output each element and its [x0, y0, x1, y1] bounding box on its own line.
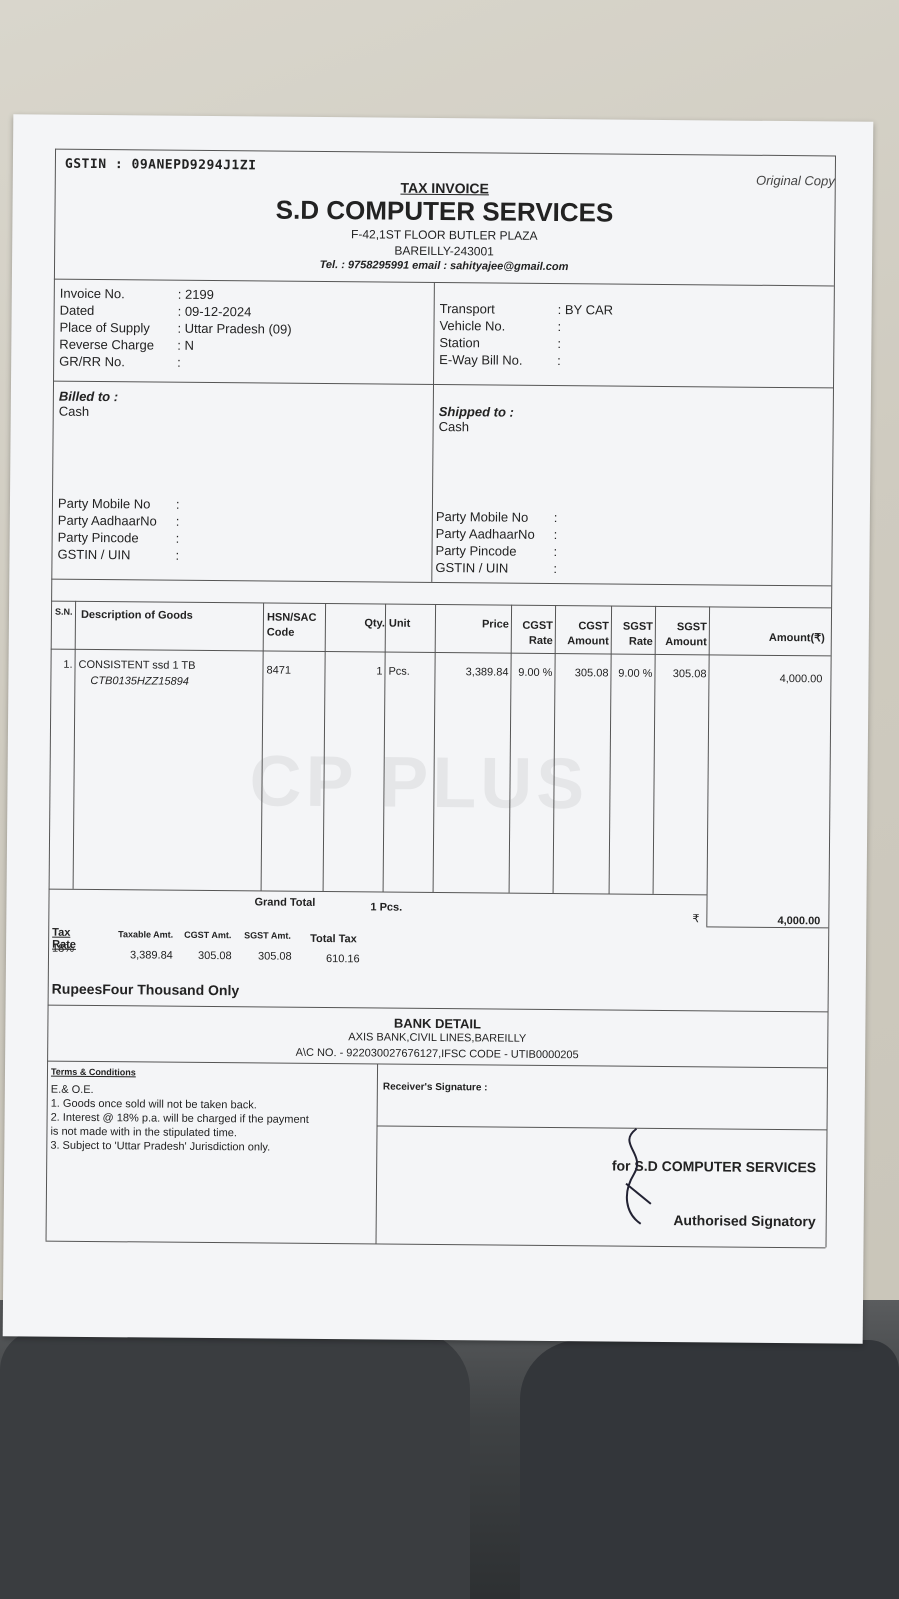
info-label: Invoice No. — [60, 285, 178, 303]
party-field-value: : — [554, 509, 558, 526]
party-field: Party Pincode: — [435, 542, 557, 560]
party-field: Party Pincode: — [58, 529, 180, 547]
grand-total-label: Grand Total — [254, 896, 315, 909]
background-leg-left — [0, 1330, 470, 1599]
info-value: : Uttar Pradesh (09) — [177, 320, 291, 338]
shipped-to-fields: Party Mobile No: Party AadhaarNo: Party … — [435, 508, 557, 577]
tax-value-sgst: 305.08 — [258, 950, 292, 962]
party-field-label: Party AadhaarNo — [436, 525, 554, 543]
billed-to: Billed to : Cash — [59, 389, 118, 420]
cell-unit: Pcs. — [388, 666, 410, 678]
invoice: GSTIN : 09ANEPD9294J1ZI Original Copy TA… — [46, 149, 835, 1248]
tax-header-total: Total Tax — [310, 933, 370, 946]
info-label: Vehicle No. — [439, 317, 557, 335]
billed-to-heading: Billed to : — [59, 389, 118, 405]
info-label: Transport — [440, 300, 558, 318]
party-field: Party AadhaarNo: — [436, 525, 558, 543]
info-row: Invoice No.: 2199 — [60, 285, 292, 304]
signature-scribble — [606, 1123, 667, 1234]
terms: Terms & Conditions E.& O.E. 1. Goods onc… — [50, 1067, 309, 1155]
gstin-label: GSTIN : — [65, 157, 123, 173]
tax-value-total: 610.16 — [326, 953, 360, 965]
cell-cgst-amount: 305.08 — [556, 667, 608, 679]
rupee-icon: ₹ — [692, 912, 699, 925]
party-field-label: GSTIN / UIN — [57, 546, 175, 564]
cell-qty: 1 — [350, 665, 382, 677]
tax-header-taxable: Taxable Amt. — [118, 929, 188, 940]
party-field-value: : — [175, 547, 179, 564]
info-row: Transport: BY CAR — [440, 300, 614, 319]
info-row: Station: — [439, 334, 613, 353]
col-header-cgst-amount: CGST Amount — [557, 619, 609, 649]
party-field-label: Party Mobile No — [436, 508, 554, 526]
info-value: : N — [177, 337, 194, 354]
info-value: : — [557, 318, 561, 335]
tax-value-rate: 18% — [52, 943, 74, 955]
info-label: GR/RR No. — [59, 353, 177, 371]
bank-account: A\C NO. - 922030027676127,IFSC CODE - UT… — [47, 1045, 827, 1064]
party-field-value: : — [176, 513, 180, 530]
col-header-cgst-rate: CGST Rate — [513, 619, 553, 649]
cell-description: CONSISTENT ssd 1 TB — [78, 659, 195, 672]
cell-sgst-rate: 9.00 % — [612, 668, 652, 680]
invoice-paper: GSTIN : 09ANEPD9294J1ZI Original Copy TA… — [3, 114, 874, 1343]
info-value: : 2199 — [178, 286, 214, 303]
col-header-hsn: HSN/SAC Code — [267, 611, 325, 642]
shipped-to: Shipped to : Cash — [439, 404, 514, 435]
invoice-info-right: Transport: BY CAR Vehicle No.: Station: … — [439, 300, 613, 370]
gstin-value: 09ANEPD9294J1ZI — [131, 157, 256, 173]
tax-header-cgst: CGST Amt. — [184, 930, 250, 941]
col-header-sgst-amount: SGST Amount — [657, 620, 707, 650]
tax-value-taxable: 3,389.84 — [130, 949, 173, 961]
background-leg-right — [520, 1340, 899, 1599]
tax-header-sgst: SGST Amt. — [244, 930, 304, 941]
info-value: : — [557, 352, 561, 369]
col-header-sn: S.N. — [55, 607, 73, 617]
shipped-to-name: Cash — [439, 419, 514, 435]
tax-value-cgst: 305.08 — [198, 950, 232, 962]
col-header-price: Price — [471, 618, 509, 630]
party-field-label: Party Mobile No — [58, 495, 176, 513]
grand-total-qty: 1 Pcs. — [370, 901, 402, 913]
receiver-signature-label: Receiver's Signature : — [383, 1082, 488, 1094]
cell-serial: CTB0135HZZ15894 — [90, 675, 189, 688]
party-field-label: GSTIN / UIN — [435, 559, 553, 577]
party-field-value: : — [176, 496, 180, 513]
info-row: Dated: 09-12-2024 — [60, 302, 292, 321]
party-field: Party AadhaarNo: — [58, 512, 180, 530]
party-field-label: Party Pincode — [58, 529, 176, 547]
info-label: Place of Supply — [59, 319, 177, 337]
invoice-info-left: Invoice No.: 2199 Dated: 09-12-2024 Plac… — [59, 285, 292, 372]
party-field-value: : — [554, 526, 558, 543]
info-label: Reverse Charge — [59, 336, 177, 354]
col-header-sgst-rate: SGST Rate — [613, 620, 653, 650]
info-row: E-Way Bill No.: — [439, 351, 613, 370]
cell-sn: 1. — [52, 659, 72, 671]
party-field: GSTIN / UIN: — [57, 546, 179, 564]
shipped-to-heading: Shipped to : — [439, 404, 514, 420]
info-row: Reverse Charge: N — [59, 336, 291, 355]
info-row: Vehicle No.: — [439, 317, 613, 336]
billed-to-fields: Party Mobile No: Party AadhaarNo: Party … — [57, 495, 179, 564]
cell-hsn: 8471 — [266, 665, 291, 677]
party-field: Party Mobile No: — [436, 508, 558, 526]
party-field-value: : — [176, 530, 180, 547]
col-header-unit: Unit — [389, 618, 410, 630]
cell-price: 3,389.84 — [450, 666, 508, 679]
authorised-signatory: Authorised Signatory — [673, 1212, 815, 1229]
amount-in-words: RupeesFour Thousand Only — [52, 981, 240, 999]
billed-to-name: Cash — [59, 404, 118, 420]
info-value: : 09-12-2024 — [178, 303, 252, 321]
terms-line: 3. Subject to 'Uttar Pradesh' Jurisdicti… — [50, 1139, 308, 1155]
cp-plus-watermark: CP PLUS — [249, 740, 588, 825]
party-field: GSTIN / UIN: — [435, 559, 557, 577]
party-field-label: Party Pincode — [435, 542, 553, 560]
info-value: : — [557, 335, 561, 352]
info-label: Dated — [60, 302, 178, 320]
party-field-value: : — [553, 560, 557, 577]
cell-cgst-rate: 9.00 % — [512, 667, 552, 679]
terms-heading: Terms & Conditions — [51, 1067, 309, 1079]
col-header-qty: Qty. — [351, 617, 385, 629]
cell-amount: 4,000.00 — [710, 672, 822, 685]
party-field-value: : — [553, 543, 557, 560]
info-label: Station — [439, 334, 557, 352]
col-header-amount: Amount(₹) — [711, 630, 825, 644]
gstin: GSTIN : 09ANEPD9294J1ZI — [65, 157, 257, 174]
info-row: GR/RR No.: — [59, 353, 291, 372]
grand-total-amount: 4,000.00 — [708, 914, 820, 927]
col-header-description: Description of Goods — [81, 609, 193, 622]
party-field: Party Mobile No: — [58, 495, 180, 513]
cell-sgst-amount: 305.08 — [656, 668, 706, 680]
info-label: E-Way Bill No. — [439, 351, 557, 369]
party-field-label: Party AadhaarNo — [58, 512, 176, 530]
info-value: : BY CAR — [558, 301, 614, 318]
info-row: Place of Supply: Uttar Pradesh (09) — [59, 319, 291, 338]
info-value: : — [177, 354, 181, 371]
